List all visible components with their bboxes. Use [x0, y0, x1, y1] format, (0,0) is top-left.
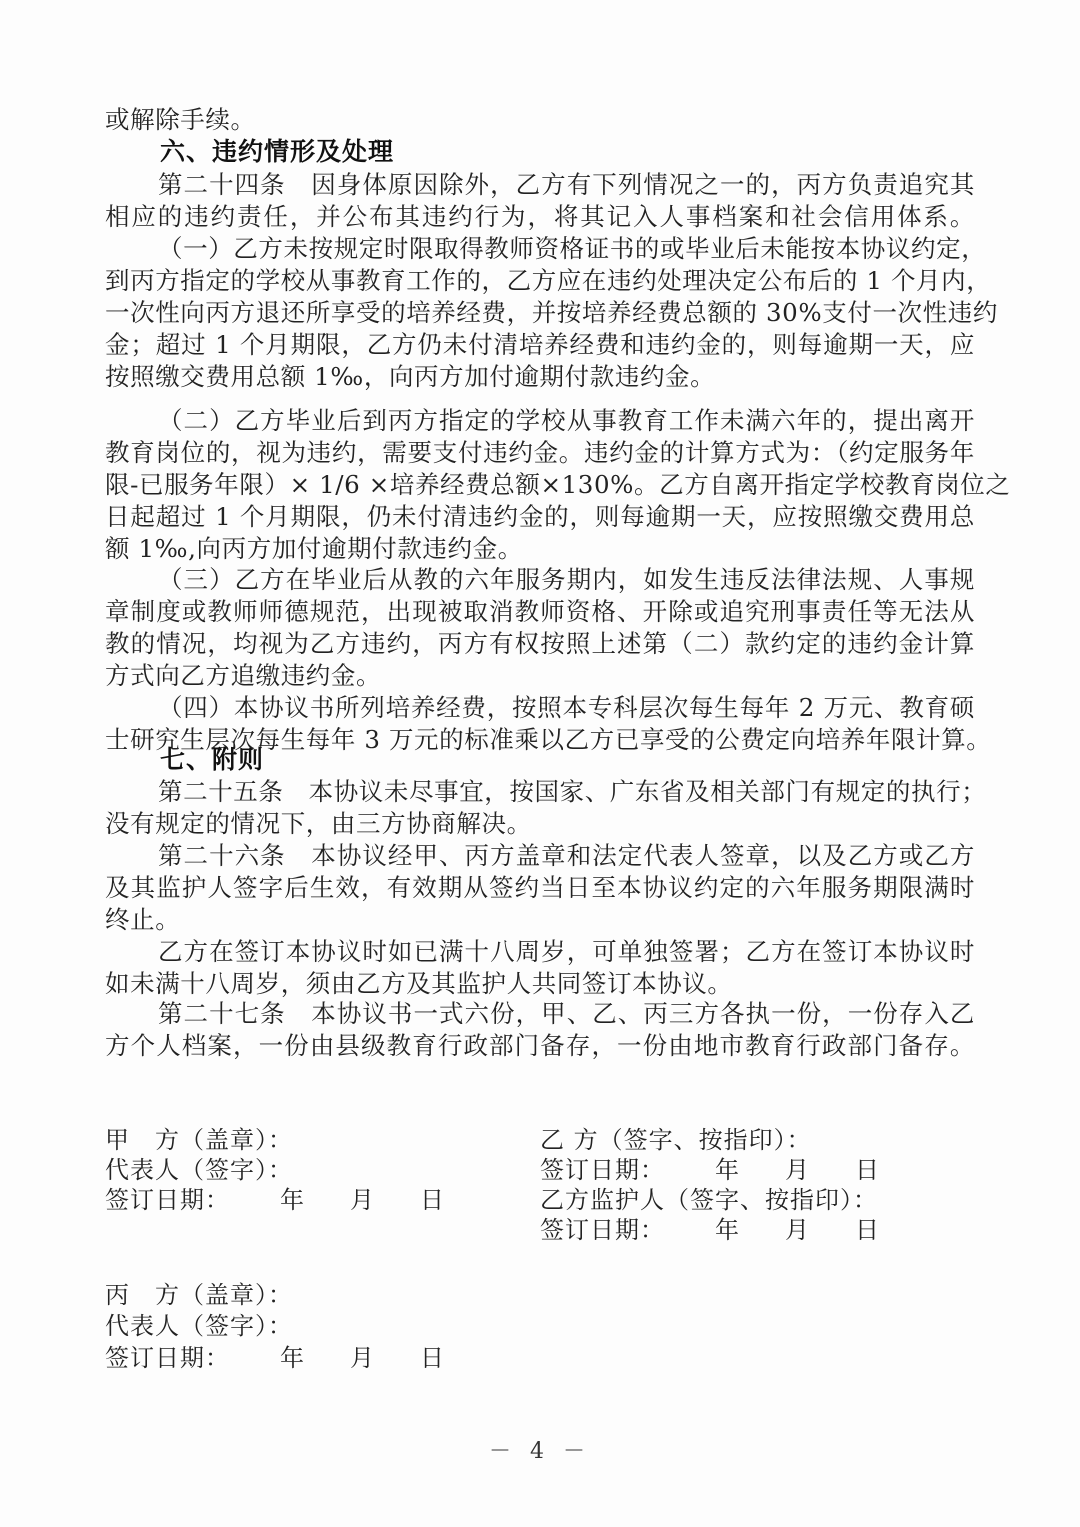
item-3-line-2: 章制度或教师师德规范，出现被取消教师资格、开除或追究刑事责任等无法从 [105, 596, 975, 628]
party-c-month-label: 月 [350, 1343, 420, 1373]
article-25-line-2: 没有规定的情况下，由三方协商解决。 [105, 808, 975, 840]
guardian-day-label: 日 [855, 1215, 880, 1245]
party-b-guardian-label: 乙方监护人（签字、按指印）： [540, 1185, 878, 1215]
page-number: － 4 － [0, 1438, 1080, 1466]
guardian-month-label: 月 [785, 1215, 855, 1245]
item-1-line-2: 到丙方指定的学校从事教育工作的，乙方应在违约处理决定公布后的 1 个月内， [105, 265, 975, 297]
section-heading-supplementary: 七、附则 [160, 744, 264, 776]
article-26-line-2: 及其监护人签字后生效，有效期从签约当日至本协议约定的六年服务期限满时 [105, 872, 975, 904]
continuation-text: 或解除手续。 [105, 104, 975, 136]
article-27-line-1: 第二十七条 本协议书一式六份，甲、乙、丙三方各执一份，一份存入乙 [158, 998, 975, 1030]
item-3-line-3: 教的情况，均视为乙方违约，丙方有权按照上述第（二）款约定的违约金计算 [105, 628, 975, 660]
party-b-day-label: 日 [855, 1155, 880, 1185]
article-25-line-1: 第二十五条 本协议未尽事宜，按国家、广东省及相关部门有规定的执行； [158, 776, 975, 808]
item-2-line-3: 限-已服务年限）× 1/6 ×培养经费总额×130%。乙方自离开指定学校教育岗位… [105, 469, 975, 501]
item-2-line-5: 额 1‰,向丙方加付逾期付款违约金。 [105, 533, 975, 565]
party-b-date-label: 签订日期： [540, 1155, 715, 1185]
item-1-line-5: 按照缴交费用总额 1‰，向丙方加付逾期付款违约金。 [105, 361, 975, 393]
section-heading-breach: 六、违约情形及处理 [160, 136, 394, 168]
party-c-date-row: 签订日期： 年 月 日 [105, 1343, 445, 1373]
party-b-date-row: 签订日期： 年 月 日 [540, 1155, 880, 1185]
party-a-date-row: 签订日期： 年 月 日 [105, 1185, 445, 1215]
article-26-line-3: 终止。 [105, 904, 975, 936]
item-1-line-4: 金；超过 1 个月期限，乙方仍未付清培养经费和违约金的，则每逾期一天，应 [105, 329, 975, 361]
document-page: 或解除手续。 六、违约情形及处理 第二十四条 因身体原因除外，乙方有下列情况之一… [0, 0, 1080, 1527]
party-c-seal-label: 丙 方（盖章）： [105, 1280, 293, 1310]
party-c-representative-label: 代表人（签字）： [105, 1311, 293, 1341]
party-b-guardian-date-row: 签订日期： 年 月 日 [540, 1215, 880, 1245]
party-c-year-label: 年 [280, 1343, 350, 1373]
minor-clause-line-1: 乙方在签订本协议时如已满十八周岁，可单独签署；乙方在签订本协议时 [158, 936, 975, 968]
party-b-year-label: 年 [715, 1155, 785, 1185]
item-2-line-4: 日起超过 1 个月期限，仍未付清违约金的，则每逾期一天，应按照缴交费用总 [105, 501, 975, 533]
guardian-date-label: 签订日期： [540, 1215, 715, 1245]
party-a-representative-label: 代表人（签字）： [105, 1155, 293, 1185]
article-24-line-1: 第二十四条 因身体原因除外，乙方有下列情况之一的，丙方负责追究其 [158, 169, 975, 201]
item-4-line-1: （四）本协议书所列培养经费，按照本专科层次每生每年 2 万元、教育硕 [158, 692, 975, 724]
party-a-year-label: 年 [280, 1185, 350, 1215]
item-1-line-3: 一次性向丙方退还所享受的培养经费，并按培养经费总额的 30%支付一次性违约 [105, 297, 975, 329]
item-1-line-1: （一）乙方未按规定时限取得教师资格证书的或毕业后未能按本协议约定， [158, 233, 975, 265]
guardian-year-label: 年 [715, 1215, 785, 1245]
article-24-line-2: 相应的违约责任，并公布其违约行为，将其记入人事档案和社会信用体系。 [105, 201, 975, 233]
article-26-line-1: 第二十六条 本协议经甲、丙方盖章和法定代表人签章，以及乙方或乙方 [158, 840, 975, 872]
item-3-line-1: （三）乙方在毕业后从教的六年服务期内，如发生违反法律法规、人事规 [158, 564, 975, 596]
article-27-line-2: 方个人档案，一份由县级教育行政部门备存，一份由地市教育行政部门备存。 [105, 1030, 975, 1062]
party-b-month-label: 月 [785, 1155, 855, 1185]
party-c-date-label: 签订日期： [105, 1343, 280, 1373]
party-b-sign-label: 乙 方（签字、按指印）： [540, 1125, 812, 1155]
party-a-date-label: 签订日期： [105, 1185, 280, 1215]
minor-clause-line-2: 如未满十八周岁，须由乙方及其监护人共同签订本协议。 [105, 968, 975, 1000]
item-2-line-1: （二）乙方毕业后到丙方指定的学校从事教育工作未满六年的，提出离开 [158, 405, 975, 437]
party-a-day-label: 日 [420, 1185, 445, 1215]
party-c-day-label: 日 [420, 1343, 445, 1373]
item-2-line-2: 教育岗位的，视为违约，需要支付违约金。违约金的计算方式为：（约定服务年 [105, 437, 975, 469]
party-a-seal-label: 甲 方（盖章）： [105, 1125, 293, 1155]
item-3-line-4: 方式向乙方追缴违约金。 [105, 660, 975, 692]
party-a-month-label: 月 [350, 1185, 420, 1215]
